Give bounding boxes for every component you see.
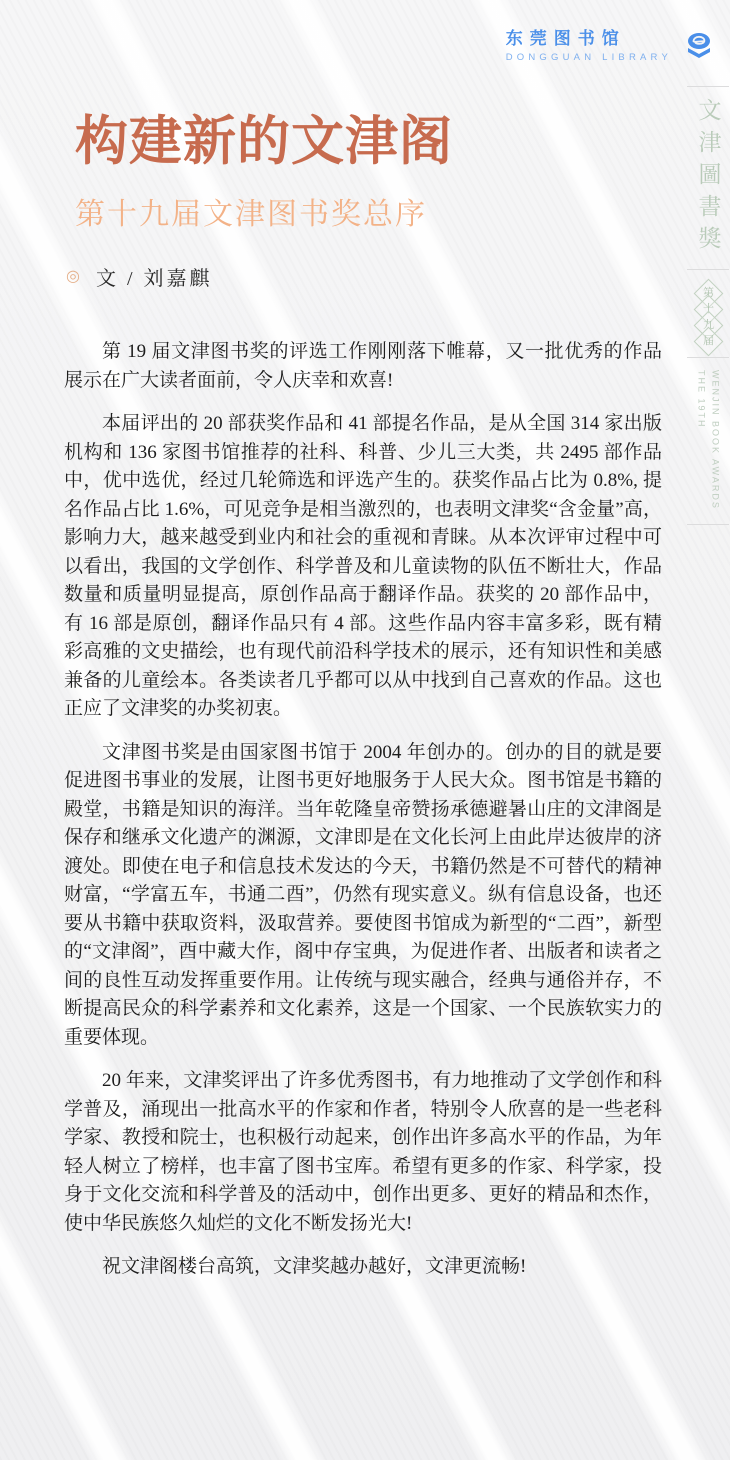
divider [687,524,729,525]
divider [687,357,729,358]
body-paragraph: 本届评出的 20 部获奖作品和 41 部提名作品，是从全国 314 家出版机构和… [64,410,662,724]
library-name-en: DONGGUAN LIBRARY [506,52,672,63]
award-vertical-title-en: THE 19TH WENJIN BOOK AWARDS [696,370,721,510]
library-brand[interactable]: 东莞图书馆 DONGGUAN LIBRARY [506,30,714,63]
library-logo-icon [684,30,714,62]
body-paragraph: 20 年来，文津奖评出了许多优秀图书，有力地推动了文学创作和科学普及，涌现出一批… [64,1067,662,1238]
award-en-line2: WENJIN BOOK AWARDS [710,370,721,510]
body-paragraph: 第 19 届文津图书奖的评选工作刚刚落下帷幕，又一批优秀的作品展示在广大读者面前… [64,338,662,395]
seal-char: 届 [703,336,714,347]
double-circle-bullet-icon: ◎ [66,269,80,285]
author-name: 文 / 刘嘉麒 [96,262,213,291]
divider [687,86,729,87]
award-side-strip: 文津圖書獎 第 十 九 届 THE 19TH WENJIN BOOK AWARD… [686,86,730,525]
article-page: 东莞图书馆 DONGGUAN LIBRARY 构建新的文津阁 第十九届文津图书奖… [0,0,730,1460]
seal-diamond: 届 [693,327,723,357]
library-name-cn: 东莞图书馆 [506,30,672,49]
award-vertical-title: 文津圖書獎 [697,98,720,258]
award-en-line1: THE 19TH [696,370,707,429]
library-brand-text: 东莞图书馆 DONGGUAN LIBRARY [506,30,672,63]
edition-seal: 第 十 九 届 [698,283,719,347]
byline: ◎ 文 / 刘嘉麒 [66,262,213,291]
title-block: 构建新的文津阁 第十九届文津图书奖总序 [75,112,453,233]
page-subtitle: 第十九届文津图书奖总序 [75,189,453,233]
body-paragraph: 祝文津阁楼台高筑，文津奖越办越好，文津更流畅! [64,1253,662,1282]
body-paragraph: 文津图书奖是由国家图书馆于 2004 年创办的。创办的目的就是要促进图书事业的发… [64,739,662,1053]
article-body: 第 19 届文津图书奖的评选工作刚刚落下帷幕，又一批优秀的作品展示在广大读者面前… [64,338,662,1297]
divider [687,269,729,270]
page-title: 构建新的文津阁 [75,112,453,173]
